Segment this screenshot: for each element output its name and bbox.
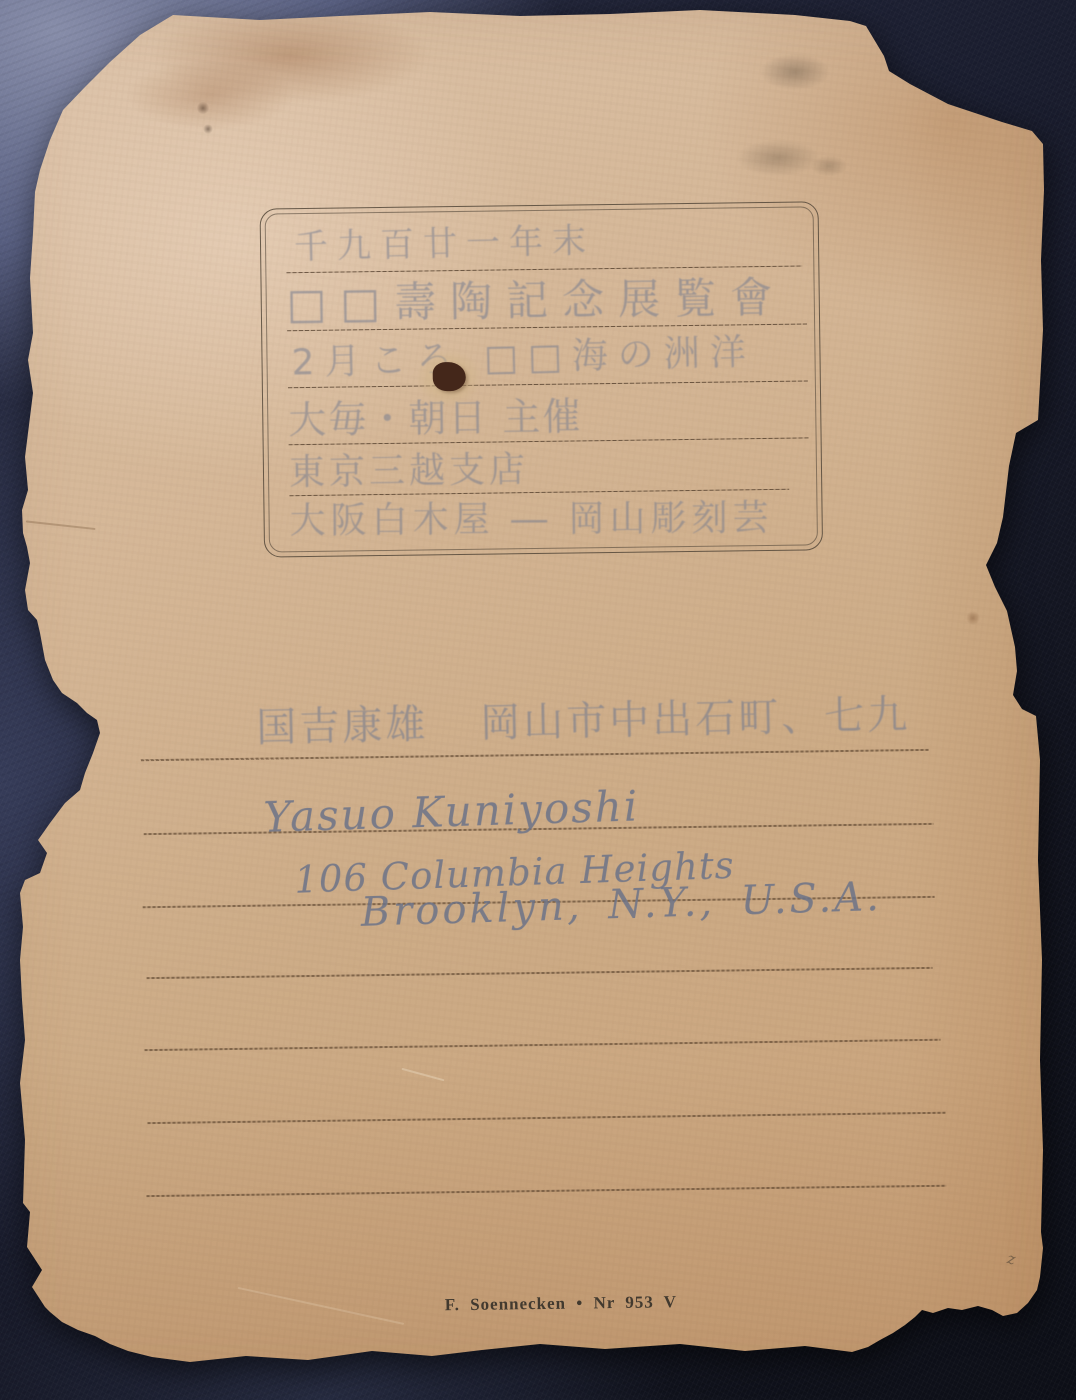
- owner-name-address-japanese: 国吉康雄岡山市中出石町、七九: [256, 695, 911, 748]
- paper-shadow: 千九百廿一年末 □□壽陶記念展覧會 2月ころ □□海の洲洋 大毎・朝日 主催 東…: [0, 0, 1076, 1400]
- paper-sheet: 千九百廿一年末 □□壽陶記念展覧會 2月ころ □□海の洲洋 大毎・朝日 主催 東…: [0, 0, 1076, 1400]
- page-ruled-line: [147, 967, 933, 979]
- paper-tear-line: [26, 520, 96, 530]
- owner-name-english: Yasuo Kuniyoshi: [263, 785, 640, 838]
- sheet-content: 千九百廿一年末 □□壽陶記念展覧會 2月ころ □□海の洲洋 大毎・朝日 主催 東…: [0, 0, 1076, 1400]
- ink-blot: [433, 362, 466, 391]
- memo-line-6: 大阪白木屋 ― 岡山彫刻芸: [290, 501, 774, 540]
- page-ruled-line: [145, 1039, 941, 1051]
- memo-line-1: 千九百廿一年末: [294, 224, 596, 265]
- owner-name-japanese: 国吉康雄: [256, 702, 429, 751]
- memo-line-5: 東京三越支店: [289, 452, 529, 491]
- memo-line-2: □□壽陶記念展覧會: [287, 277, 787, 326]
- page-ruled-line: [147, 1112, 945, 1124]
- corner-pencil-mark: z: [1006, 1249, 1017, 1268]
- stationery-brand-print: F. Soennecken • Nr 953 V: [445, 1292, 677, 1315]
- paper-crease: [401, 1068, 444, 1082]
- page-ruled-line: [146, 1185, 946, 1197]
- owner-address-japanese: 岡山市中出石町、七九: [480, 692, 911, 747]
- paper-crease: [238, 1287, 405, 1325]
